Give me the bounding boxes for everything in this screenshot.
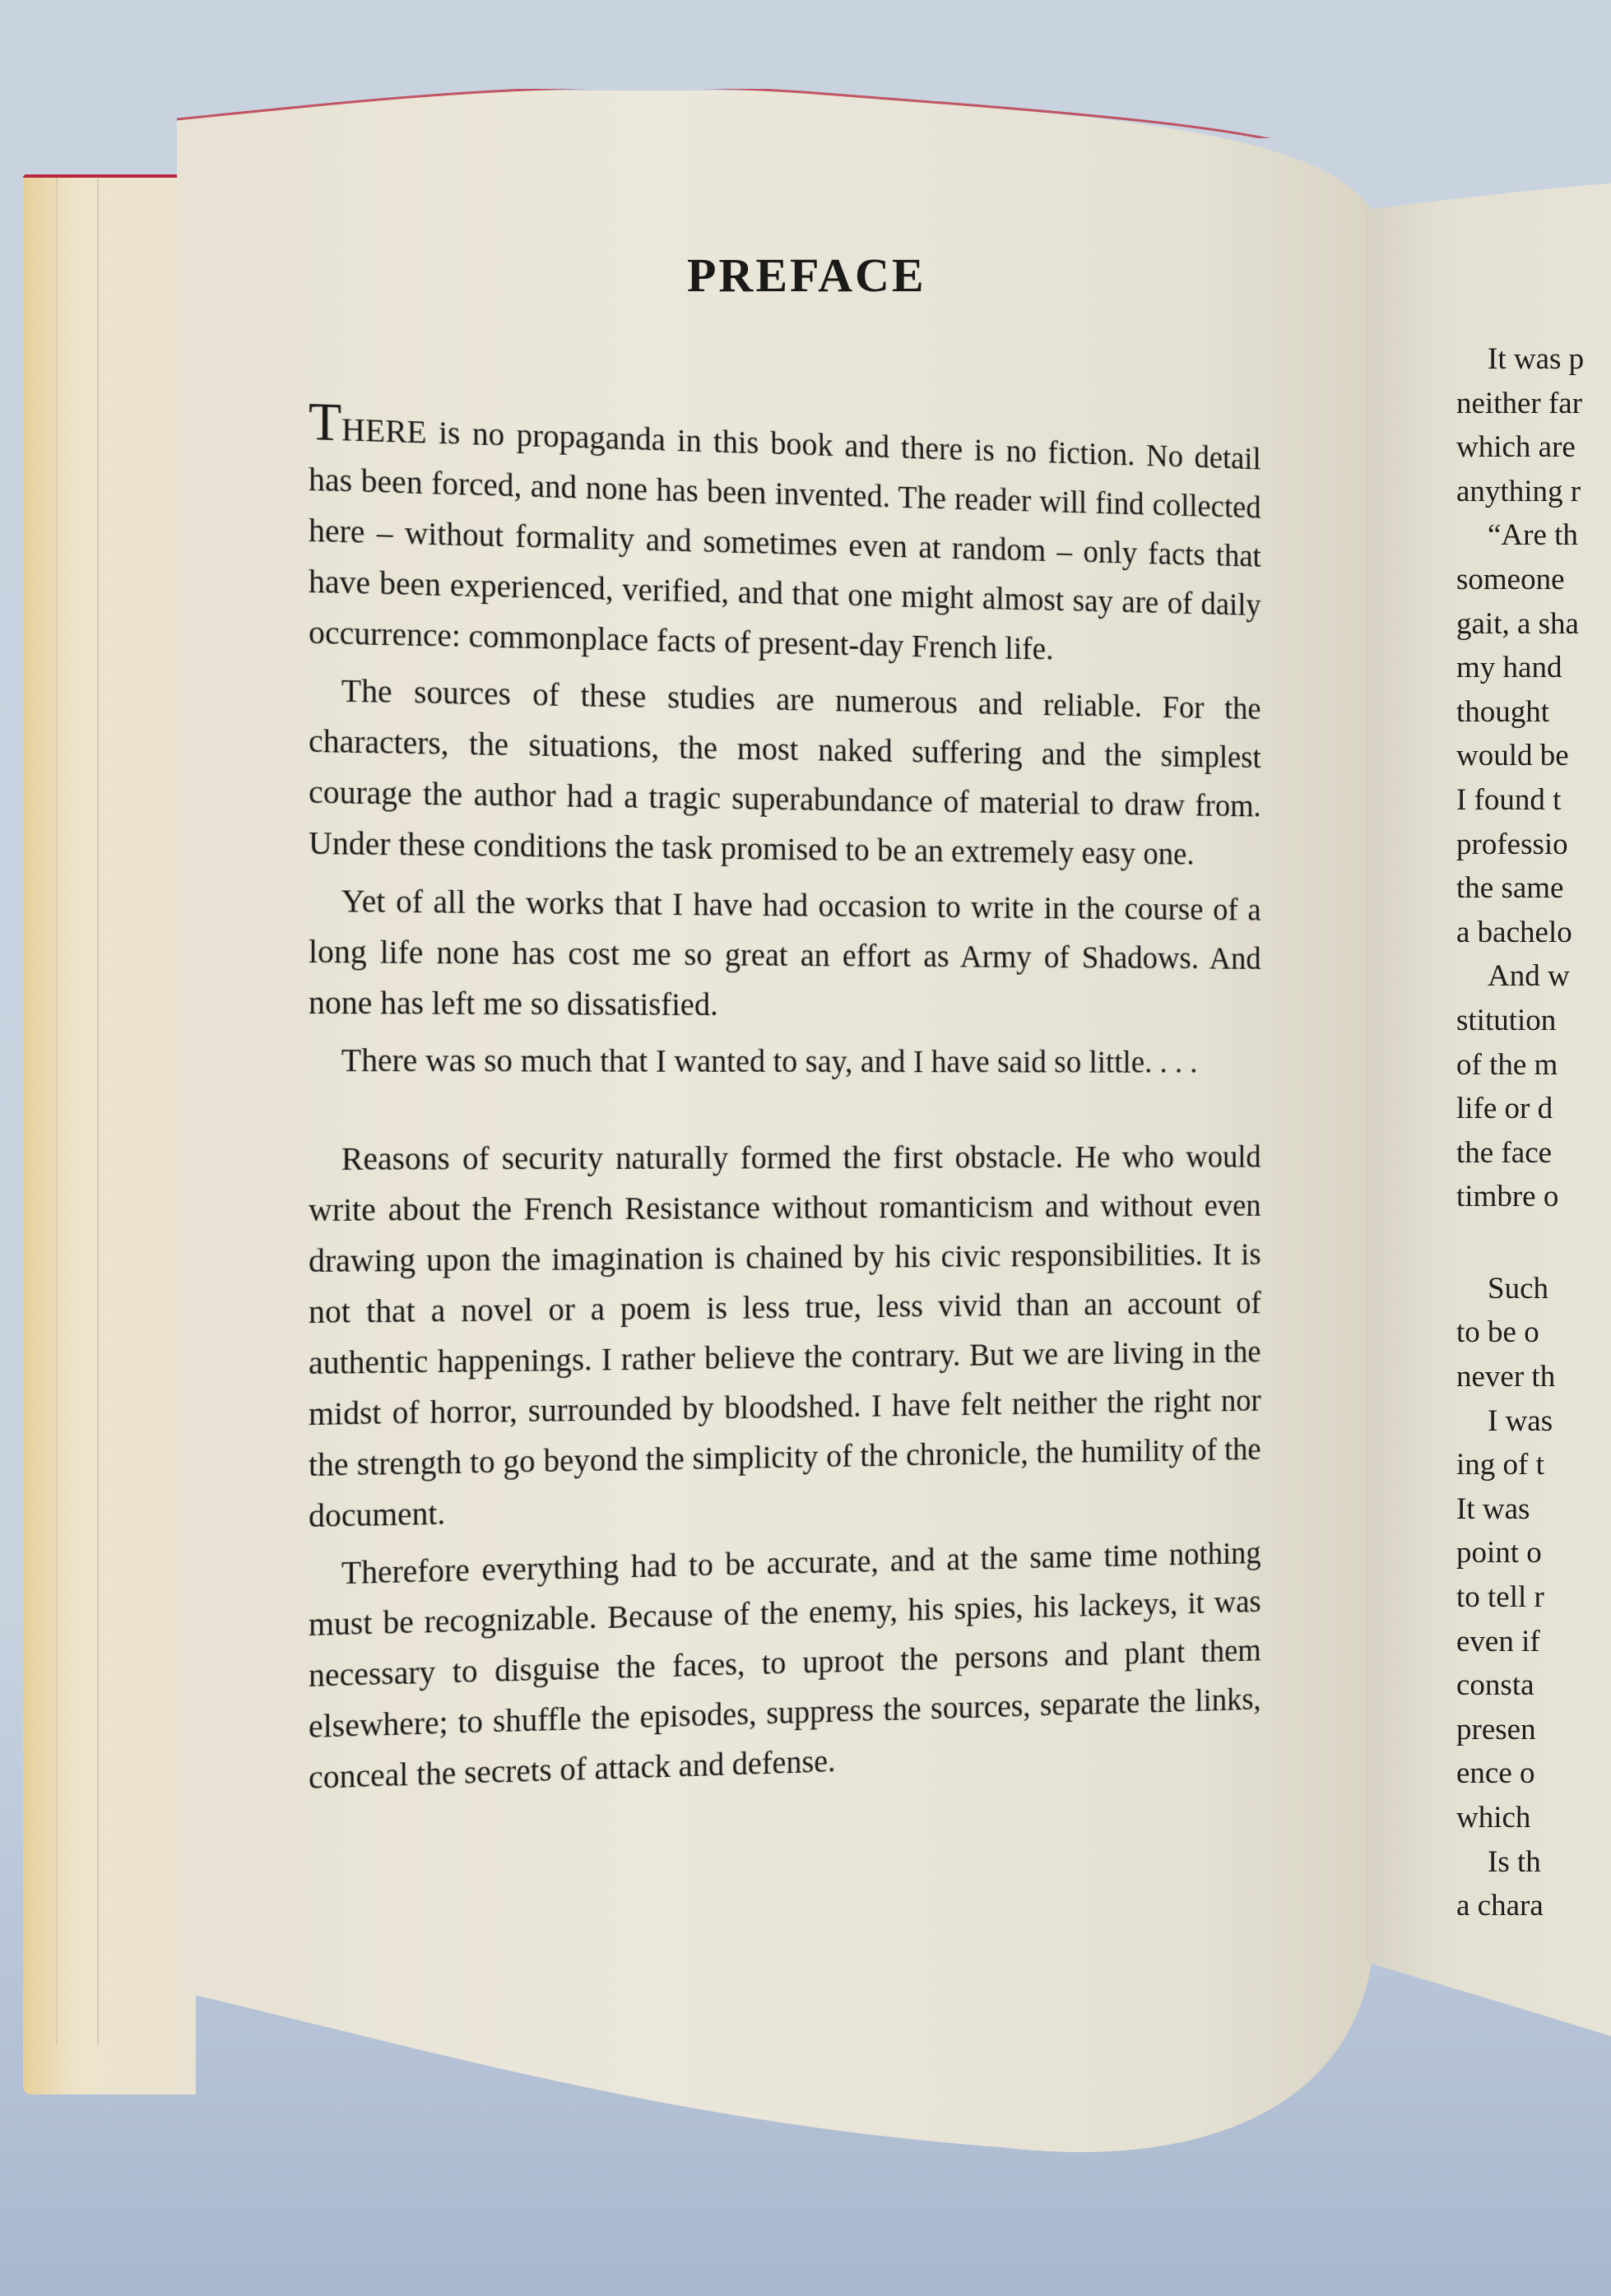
paragraph: The sources of these studies are numerou…: [309, 665, 1261, 879]
text-line: which: [1456, 1796, 1611, 1840]
text-line: my hand: [1456, 646, 1611, 690]
text-line: ing of t: [1456, 1443, 1611, 1487]
text-line: anything r: [1456, 470, 1611, 514]
preface-body: THERE is no propaganda in this book and …: [309, 403, 1261, 1810]
text-line: And w: [1456, 954, 1611, 999]
text-line: which are: [1456, 425, 1611, 470]
text-line: of the m: [1456, 1043, 1611, 1088]
paragraph: THERE is no propaganda in this book and …: [309, 403, 1261, 679]
text-line: the face: [1456, 1131, 1611, 1176]
text-line: It was: [1456, 1487, 1611, 1532]
text-line: someone: [1456, 558, 1611, 602]
text-line: a bachelo: [1456, 911, 1611, 955]
text-line: never th: [1456, 1355, 1611, 1399]
text-line: stitution: [1456, 999, 1611, 1043]
text-line: a chara: [1456, 1884, 1611, 1928]
text-line: It was p: [1456, 337, 1611, 382]
text-line: I found t: [1456, 778, 1611, 823]
paragraph-text: is no propaganda in this book and there …: [309, 414, 1261, 667]
text-line: thought: [1456, 690, 1611, 735]
paragraph: Reasons of security naturally formed the…: [309, 1133, 1261, 1542]
text-line: even if: [1456, 1620, 1611, 1664]
text-line: presen: [1456, 1708, 1611, 1752]
drop-cap: T: [309, 392, 341, 452]
text-line: the same: [1456, 866, 1611, 911]
text-line: Is th: [1456, 1840, 1611, 1885]
text-line: ence o: [1456, 1751, 1611, 1796]
text-line: professio: [1456, 823, 1611, 867]
text-line: to be o: [1456, 1310, 1611, 1355]
text-line: consta: [1456, 1663, 1611, 1708]
text-line: “Are th: [1456, 513, 1611, 558]
text-line: gait, a sha: [1456, 602, 1611, 647]
text-line: I was: [1456, 1399, 1611, 1444]
text-line: neither far: [1456, 382, 1611, 426]
page-edge-line: [56, 178, 58, 2045]
book-page-stack: [23, 174, 196, 2094]
text-line: would be: [1456, 734, 1611, 778]
text-line: Such: [1456, 1267, 1611, 1311]
paragraph: There was so much that I wanted to say, …: [309, 1035, 1261, 1087]
section-gap: [1456, 1219, 1611, 1267]
paragraph: Yet of all the works that I have had occ…: [309, 875, 1261, 1032]
small-caps-lead: HERE: [341, 410, 426, 450]
page-edge-line: [97, 178, 99, 2045]
text-line: to tell r: [1456, 1575, 1611, 1620]
page-title: PREFACE: [687, 248, 926, 303]
text-line: life or d: [1456, 1087, 1611, 1131]
right-page-text: It was p neither far which are anything …: [1456, 337, 1611, 1928]
text-line: point o: [1456, 1531, 1611, 1575]
paragraph: Therefore everything had to be accurate,…: [309, 1528, 1261, 1803]
text-line: timbre o: [1456, 1175, 1611, 1219]
